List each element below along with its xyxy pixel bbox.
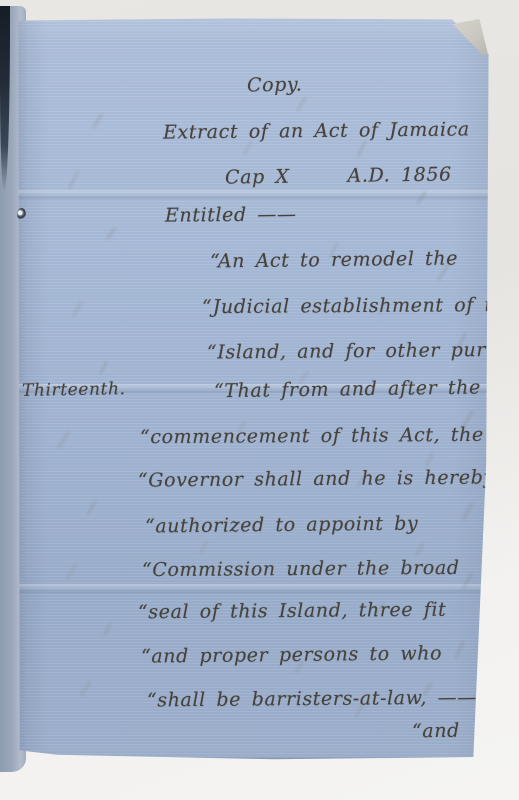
ink-showthrough-mark <box>57 431 70 449</box>
act-title-line: “Island, and for other purposes” <box>207 338 519 363</box>
body-line: “commencement of this Act, the <box>140 424 484 448</box>
catchword: “and <box>412 720 460 743</box>
year: A.D. 1856 <box>347 163 451 186</box>
fold-crease <box>14 584 490 594</box>
margin-section-note: Thirteenth. <box>22 379 126 401</box>
ink-showthrough-mark <box>462 502 474 521</box>
deckle-edge <box>14 756 490 760</box>
fold-crease <box>14 190 490 200</box>
manuscript-page: Copy. Extract of an Act of Jamaica Cap X… <box>14 18 490 760</box>
document-title: Extract of an Act of Jamaica <box>163 118 470 143</box>
ink-showthrough-mark <box>199 540 208 555</box>
ink-showthrough-mark <box>67 170 79 189</box>
entitled-label: Entitled —— <box>165 203 297 226</box>
act-title-line: “Judicial establishment of this <box>202 294 519 318</box>
chapter-number: Cap X <box>225 166 290 189</box>
copy-label: Copy. <box>247 74 303 97</box>
body-line: “seal of this Island, three fit <box>138 599 447 624</box>
manuscript-scan: Copy. Extract of an Act of Jamaica Cap X… <box>0 0 519 800</box>
ink-showthrough-mark <box>414 542 424 556</box>
ink-showthrough-mark <box>416 190 427 204</box>
ink-showthrough-mark <box>72 300 84 317</box>
ink-showthrough-mark <box>99 360 108 375</box>
ink-showthrough-mark <box>80 681 92 697</box>
ink-showthrough-mark <box>86 500 96 515</box>
ink-showthrough-mark <box>296 96 307 111</box>
ink-showthrough-mark <box>103 622 112 636</box>
chapter-and-year-line: Cap XA.D. 1856 <box>225 163 452 188</box>
ink-showthrough-mark <box>66 564 78 581</box>
ink-showthrough-mark <box>106 226 116 239</box>
binding-hole <box>17 208 26 220</box>
body-line: “and proper persons to who <box>141 642 442 667</box>
ink-showthrough-mark <box>356 140 367 157</box>
body-line: “That from and after the —— <box>214 376 519 402</box>
ink-showthrough-mark <box>454 640 465 658</box>
body-line: “authorized to appoint by <box>145 513 419 538</box>
body-line: “Governor shall and he is hereby <box>138 466 495 491</box>
body-line: “shall be barristers-at-law, —— <box>147 687 477 712</box>
spacer <box>290 182 348 183</box>
body-line: “Commission under the broad <box>142 557 460 581</box>
ink-showthrough-mark <box>425 452 435 467</box>
act-title-line: “An Act to remodel the <box>210 247 458 272</box>
ink-showthrough-mark <box>462 572 473 589</box>
ink-showthrough-mark <box>92 113 103 128</box>
